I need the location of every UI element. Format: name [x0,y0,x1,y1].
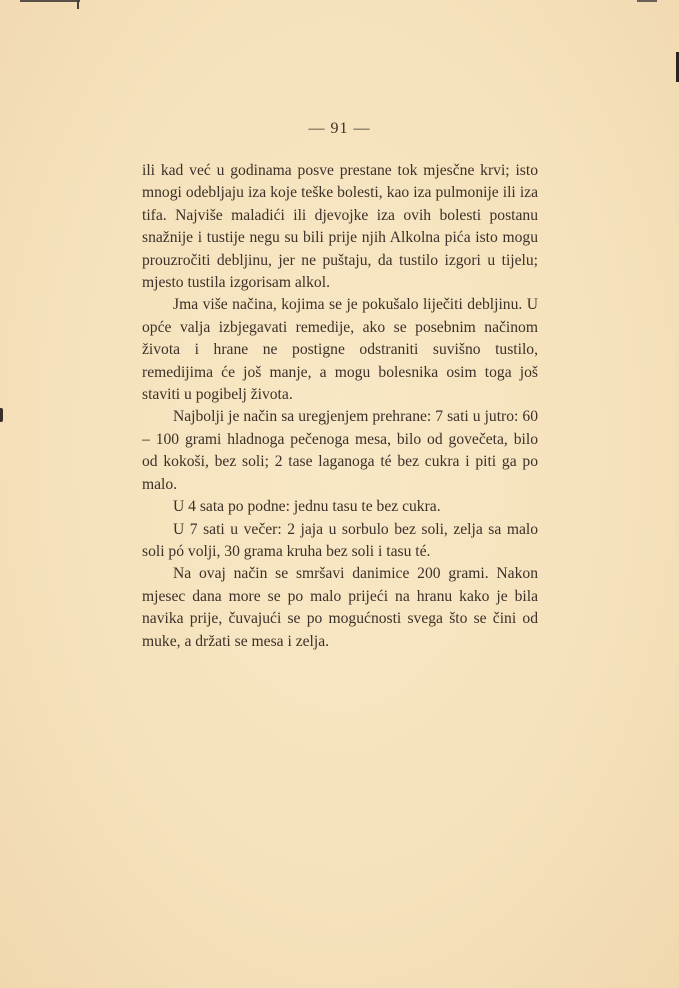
top-edge-rule-right [637,0,657,2]
paragraph: Najbolji je način sa uregjenjem prehrane… [142,406,538,496]
page-number: — 91 — [0,120,679,138]
paragraph: Jma više načina, kojima se je pokušalo l… [142,294,538,406]
top-edge-tick [77,0,79,9]
paragraph: U 7 sati u večer: 2 jaja u sorbulo bez s… [142,519,538,564]
paragraph: ili kad već u godinama posve prestane to… [142,160,538,294]
body-text: ili kad već u godinama posve prestane to… [142,160,538,653]
paragraph: Na ovaj način se smršavi danimice 200 gr… [142,563,538,653]
scanned-page: — 91 — ili kad već u godinama posve pres… [0,0,679,988]
top-edge-rule [20,0,80,2]
left-edge-mark [0,408,3,422]
paragraph: U 4 sata po podne: jednu tasu te bez cuk… [142,496,538,518]
